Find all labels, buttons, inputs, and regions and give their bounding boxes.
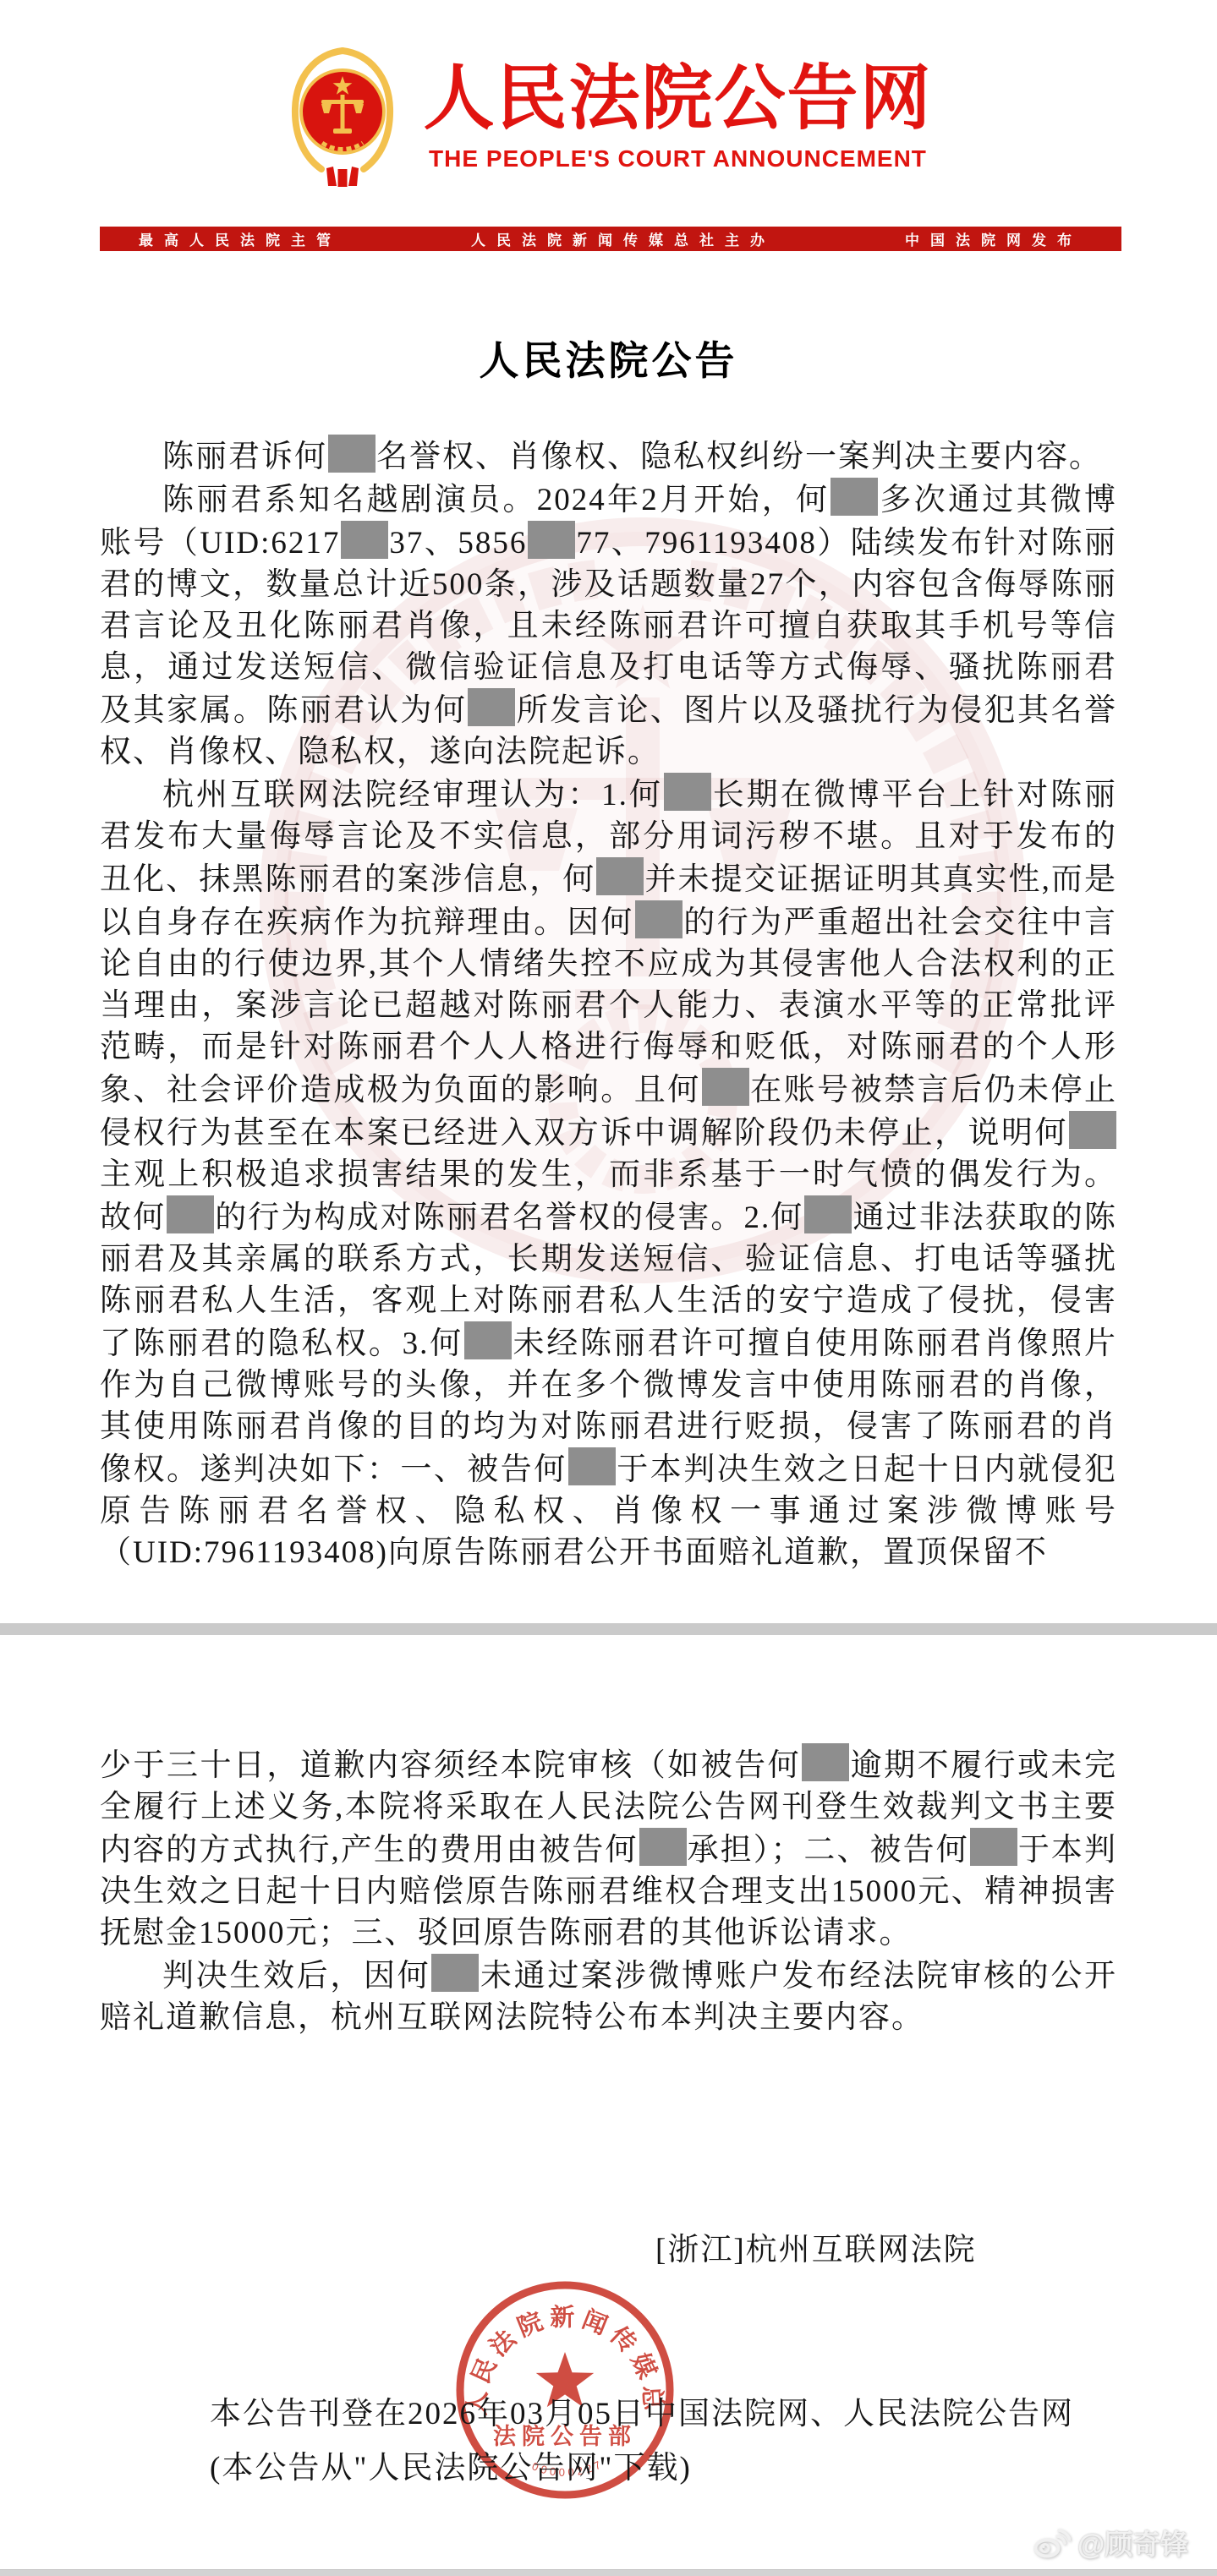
weibo-author-name: @顾奇锋: [1077, 2523, 1188, 2562]
redacted-name-box: [1069, 1111, 1116, 1149]
redacted-name-box: [431, 1954, 479, 1992]
redacted-name-box: [468, 688, 515, 726]
banner-item-organizer: 人民法院新闻传媒总社主办: [471, 228, 776, 249]
banner-item-supervisor: 最高人民法院主管: [139, 228, 342, 249]
body-paragraph: 陈丽君系知名越剧演员。2024年2月开始，何多次通过其微博账号（UID:6217…: [100, 478, 1117, 773]
site-title: 人民法院公告网: [423, 61, 932, 135]
document-body-page-2: 少于三十日，道歉内容须经本院审核（如被告何逾期不履行或未完全履行上述义务,本院将…: [100, 1743, 1117, 2038]
redacted-name-box: [831, 478, 878, 516]
redacted-name-box: [596, 857, 644, 895]
redacted-name-box: [664, 773, 711, 811]
redacted-name-box: [804, 1195, 852, 1233]
issuing-court-signature: [浙江]杭州互联网法院: [655, 2223, 977, 2269]
site-subtitle: THE PEOPLE'S COURT ANNOUNCEMENT: [429, 145, 927, 172]
redacted-name-box: [568, 1447, 616, 1485]
bottom-edge-strip: [0, 2569, 1217, 2576]
redacted-name-box: [464, 1321, 512, 1359]
redacted-name-box: [970, 1828, 1017, 1866]
body-paragraph: 杭州互联网法院经审理认为：1.何长期在微博平台上针对陈丽君发布大量侮辱言论及不实…: [100, 773, 1117, 1573]
redacted-name-box: [341, 521, 388, 559]
banner-item-publisher: 中国法院网发布: [905, 228, 1083, 249]
redacted-name-box: [802, 1743, 849, 1781]
publication-date-line: 本公告刊登在2026年03月05日中国法院网、人民法院公告网: [210, 2387, 1074, 2433]
redacted-name-box: [702, 1068, 749, 1106]
weibo-author-watermark: @顾奇锋: [1033, 2523, 1188, 2562]
redacted-name-box: [528, 521, 575, 559]
body-paragraph: 判决生效后，因何未通过案涉微博账户发布经法院审核的公开赔礼道歉信息，杭州互联网法…: [100, 1954, 1117, 2038]
court-emblem-logo: [284, 46, 401, 188]
redacted-name-box: [635, 900, 683, 938]
masthead-banner: 最高人民法院主管 人民法院新闻传媒总社主办 中国法院网发布: [100, 227, 1121, 251]
weibo-icon: [1033, 2528, 1071, 2558]
download-source-line: (本公告从"人民法院公告网"下载): [210, 2442, 692, 2487]
redacted-name-box: [639, 1828, 687, 1866]
document-title: 人民法院公告: [0, 330, 1217, 386]
redacted-name-box: [167, 1195, 214, 1233]
redacted-name-box: [328, 435, 376, 473]
page-break-divider: [0, 1623, 1217, 1635]
court-announcement-page: 人民法院公告网 THE PEOPLE'S COURT ANNOUNCEMENT …: [0, 0, 1217, 2576]
site-header: 人民法院公告网 THE PEOPLE'S COURT ANNOUNCEMENT: [0, 46, 1217, 188]
body-paragraph: 陈丽君诉何名誉权、肖像权、隐私权纠纷一案判决主要内容。: [100, 435, 1117, 478]
body-paragraph: 少于三十日，道歉内容须经本院审核（如被告何逾期不履行或未完全履行上述义务,本院将…: [100, 1743, 1117, 1954]
court-emblem-icon: [284, 46, 401, 188]
document-body-page-1: 陈丽君诉何名誉权、肖像权、隐私权纠纷一案判决主要内容。陈丽君系知名越剧演员。20…: [100, 435, 1117, 1573]
